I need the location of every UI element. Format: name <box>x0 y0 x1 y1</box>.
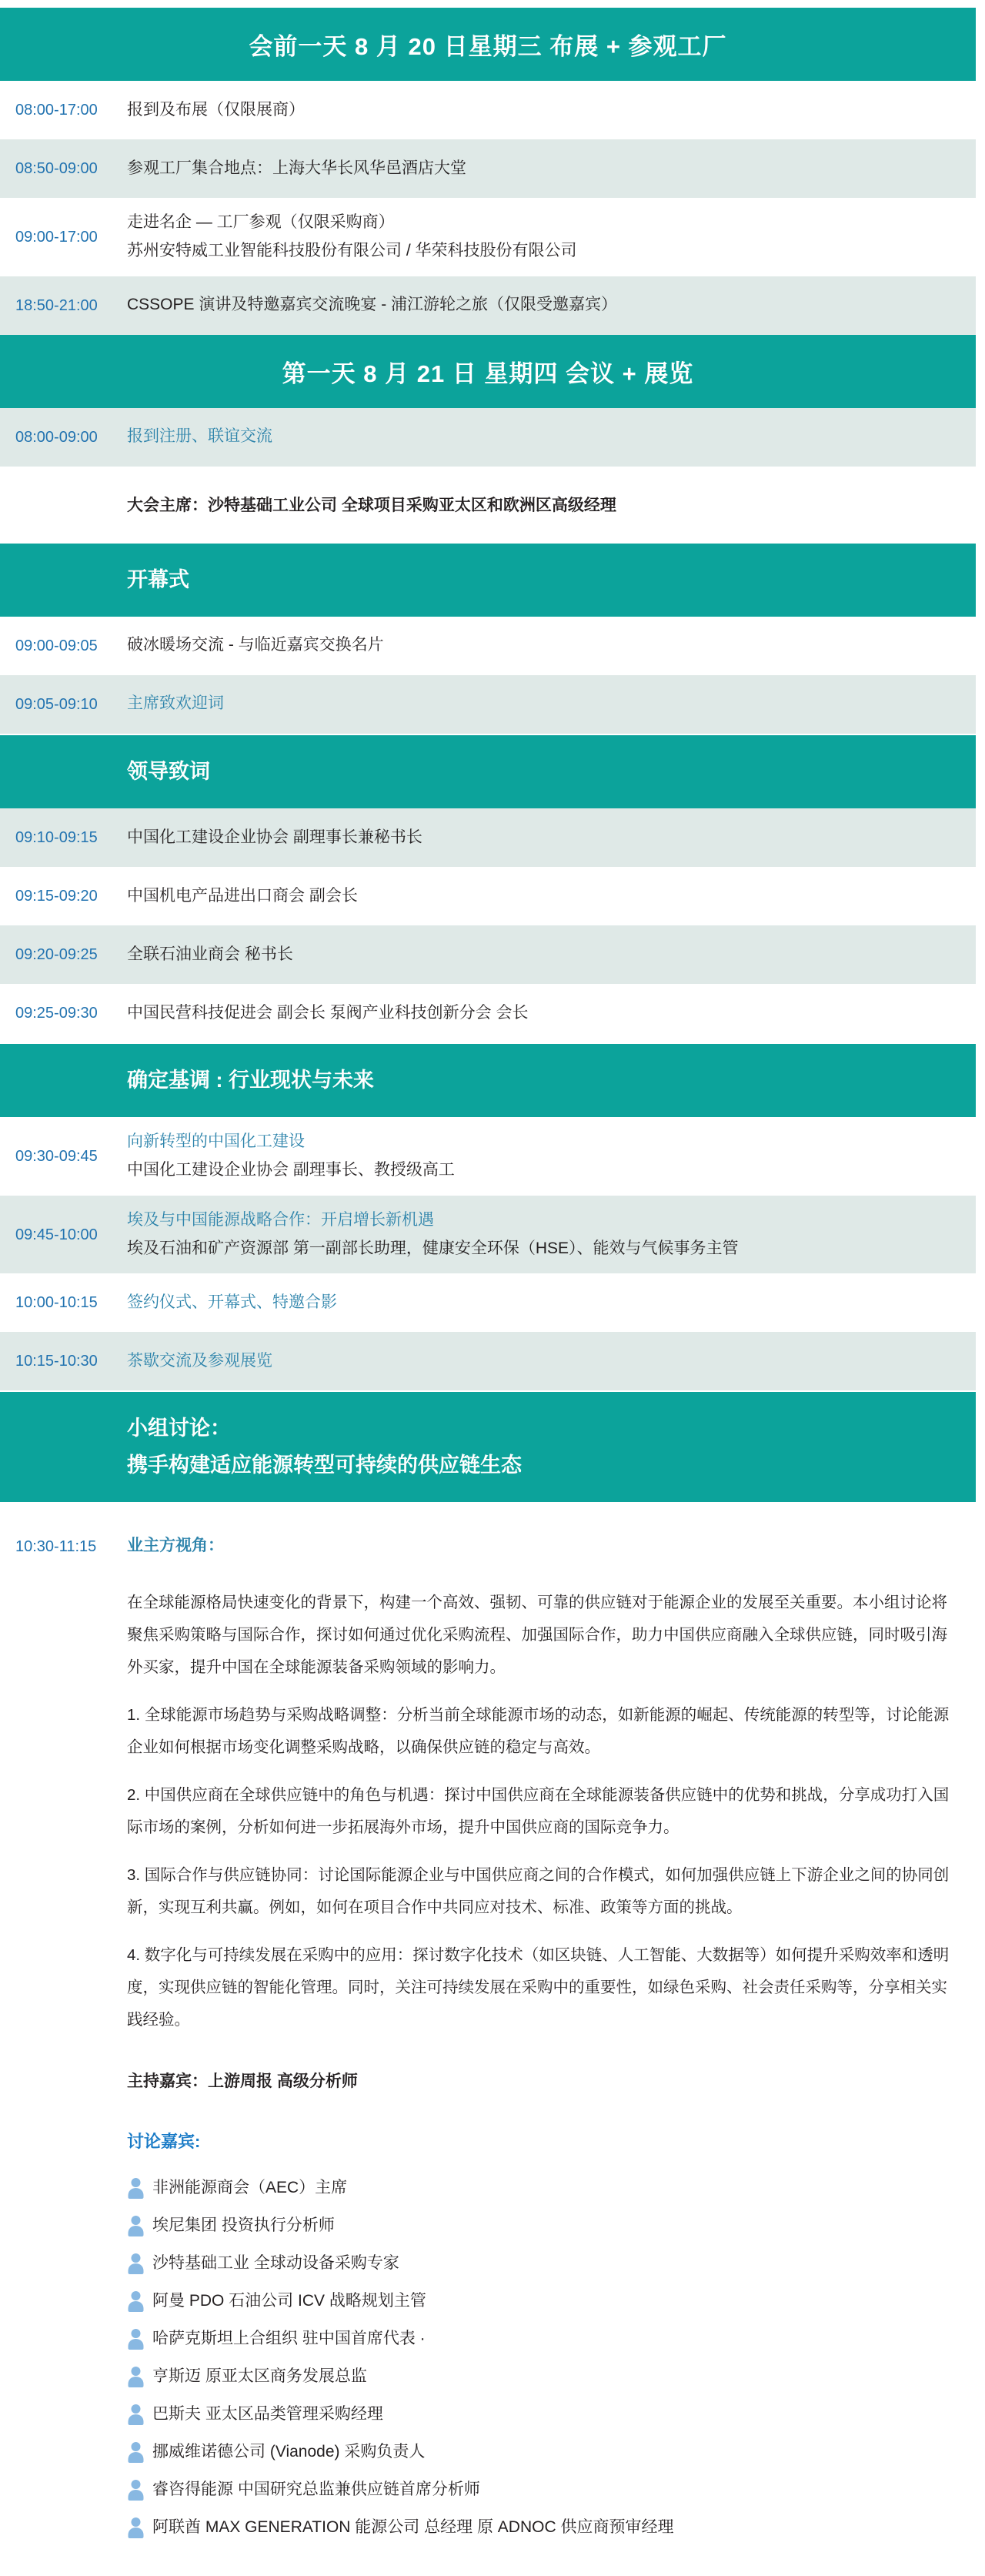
schedule-row: 09:00-09:05 破冰暖场交流 - 与临近嘉宾交换名片 <box>0 617 976 675</box>
day-header-banner: 会前一天 8 月 20 日星期三 布展 + 参观工厂 <box>0 8 976 81</box>
person-icon <box>127 2517 144 2538</box>
row-content: 中国机电产品进出口商会 副会长 <box>127 882 954 911</box>
activity-text: 中国化工建设企业协会 副理事长兼秘书长 <box>127 824 954 852</box>
panel-guest-text: 挪威维诺德公司 (Vianode) 采购负责人 <box>152 2441 425 2462</box>
time-label: 18:50-21:00 <box>15 295 127 316</box>
agenda-page: 会前一天 8 月 20 日星期三 布展 + 参观工厂 08:00-17:00 报… <box>0 0 985 2576</box>
panel-guest-item: 睿咨得能源 中国研究总监兼供应链首席分析师 <box>127 2479 953 2501</box>
activity-text: 埃及石油和矿产资源部 第一副部长助理，健康安全环保（HSE）、能效与气候事务主管 <box>127 1235 954 1263</box>
schedule-row: 10:00-10:15 签约仪式、开幕式、特邀合影 <box>0 1273 976 1332</box>
panel-content: 业主方视角： 在全球能源格局快速变化的背景下，构建一个高效、强韧、可靠的供应链对… <box>127 1533 953 2554</box>
time-label: 09:05-09:10 <box>15 694 127 715</box>
agenda-schedule: 会前一天 8 月 20 日星期三 布展 + 参观工厂 08:00-17:00 报… <box>0 8 976 2576</box>
person-icon <box>127 2404 144 2425</box>
panel-guest-list: 非洲能源商会（AEC）主席 埃尼集团 投资执行分析师 沙特基础工业 全球动设备采… <box>127 2177 953 2538</box>
panel-topic-paragraph: 4. 数字化与可持续发展在采购中的应用：探讨数字化技术（如区块链、人工智能、大数… <box>127 1939 953 2036</box>
panel-discussion-row: 10:30-11:15 业主方视角： 在全球能源格局快速变化的背景下，构建一个高… <box>0 1502 976 2576</box>
schedule-row: 18:50-21:00 CSSOPE 演讲及特邀嘉宾交流晚宴 - 浦江游轮之旅（… <box>0 276 976 335</box>
person-icon <box>127 2328 144 2350</box>
activity-text: 主席致欢迎词 <box>127 690 954 718</box>
panel-guest-text: 巴斯夫 亚太区品类管理采购经理 <box>152 2404 383 2424</box>
person-icon <box>127 2290 144 2312</box>
schedule-row: 09:25-09:30 中国民营科技促进会 副会长 泵阀产业科技创新分会 会长 <box>0 984 976 1042</box>
day-header-title: 会前一天 8 月 20 日星期三 布展 + 参观工厂 <box>249 33 726 60</box>
panel-guest-item: 哈萨克斯坦上合组织 驻中国首席代表 · <box>127 2328 953 2350</box>
person-icon <box>127 2366 144 2387</box>
section-header-title: 开幕式 <box>127 562 953 598</box>
conference-chair-row: 大会主席：沙特基础工业公司 全球项目采购亚太区和欧洲区高级经理 <box>0 467 976 542</box>
panel-guest-text: 沙特基础工业 全球动设备采购专家 <box>152 2253 399 2273</box>
activity-text: 报到及布展（仅限展商） <box>127 96 954 125</box>
panel-guest-text: 埃尼集团 投资执行分析师 <box>152 2215 335 2236</box>
row-content: 参观工厂集合地点：上海大华长风华邑酒店大堂 <box>127 155 954 183</box>
activity-text: 全联石油业商会 秘书长 <box>127 941 954 969</box>
time-label: 09:00-09:05 <box>15 635 127 657</box>
panel-guest-text: 亨斯迈 原亚太区商务发展总监 <box>152 2366 367 2387</box>
person-icon <box>127 2177 144 2199</box>
activity-text: 向新转型的中国化工建设 <box>127 1128 954 1156</box>
panel-guest-item: 非洲能源商会（AEC）主席 <box>127 2177 953 2199</box>
time-label: 10:00-10:15 <box>15 1292 127 1313</box>
activity-text: 参观工厂集合地点：上海大华长风华邑酒店大堂 <box>127 155 954 183</box>
panel-guest-item: 巴斯夫 亚太区品类管理采购经理 <box>127 2404 953 2425</box>
panel-topic-paragraph: 3. 国际合作与供应链协同：讨论国际能源企业与中国供应商之间的合作模式，如何加强… <box>127 1859 953 1924</box>
section-header-title: 确定基调 : 行业现状与未来 <box>127 1062 953 1099</box>
row-content: 签约仪式、开幕式、特邀合影 <box>127 1289 954 1317</box>
section-header-banner: 小组讨论：携手构建适应能源转型可持续的供应链生态 <box>0 1392 976 1502</box>
person-icon <box>127 2215 144 2236</box>
section-header-banner: 开幕式 <box>0 544 976 617</box>
row-content: CSSOPE 演讲及特邀嘉宾交流晚宴 - 浦江游轮之旅（仅限受邀嘉宾） <box>127 291 954 319</box>
time-label: 09:45-10:00 <box>15 1224 127 1246</box>
panel-guest-text: 睿咨得能源 中国研究总监兼供应链首席分析师 <box>152 2479 480 2500</box>
time-label: 09:30-09:45 <box>15 1146 127 1167</box>
row-content: 中国化工建设企业协会 副理事长兼秘书长 <box>127 824 954 852</box>
panel-intro-paragraph: 在全球能源格局快速变化的背景下，构建一个高效、强韧、可靠的供应链对于能源企业的发… <box>127 1587 953 1684</box>
time-label: 08:00-17:00 <box>15 99 127 121</box>
activity-text: 中国民营科技促进会 副会长 泵阀产业科技创新分会 会长 <box>127 999 954 1028</box>
panel-topic-list: 1. 全球能源市场趋势与采购战略调整：分析当前全球能源市场的动态，如新能源的崛起… <box>127 1699 953 2036</box>
activity-text: 签约仪式、开幕式、特邀合影 <box>127 1289 954 1317</box>
section-header-title: 小组讨论： <box>127 1410 953 1447</box>
schedule-row: 09:15-09:20 中国机电产品进出口商会 副会长 <box>0 867 976 925</box>
time-label: 09:25-09:30 <box>15 1002 127 1024</box>
schedule-row: 09:10-09:15 中国化工建设企业协会 副理事长兼秘书长 <box>0 808 976 867</box>
time-label: 09:15-09:20 <box>15 885 127 907</box>
row-content: 报到及布展（仅限展商） <box>127 96 954 125</box>
schedule-row: 09:45-10:00 埃及与中国能源战略合作：开启增长新机遇埃及石油和矿产资源… <box>0 1196 976 1274</box>
activity-text: 中国机电产品进出口商会 副会长 <box>127 882 954 911</box>
time-label: 09:10-09:15 <box>15 827 127 848</box>
row-content: 向新转型的中国化工建设中国化工建设企业协会 副理事长、教授级高工 <box>127 1128 954 1185</box>
panel-guest-item: 阿联酋 MAX GENERATION 能源公司 总经理 原 ADNOC 供应商预… <box>127 2517 953 2538</box>
schedule-row: 08:50-09:00 参观工厂集合地点：上海大华长风华邑酒店大堂 <box>0 139 976 198</box>
panel-guest-text: 非洲能源商会（AEC）主席 <box>152 2177 347 2198</box>
section-header-title: 携手构建适应能源转型可持续的供应链生态 <box>127 1447 953 1484</box>
panel-guests-label: 讨论嘉宾: <box>127 2129 953 2153</box>
activity-text: 苏州安特威工业智能科技股份有限公司 / 华荣科技股份有限公司 <box>127 237 954 266</box>
activity-text: 中国化工建设企业协会 副理事长、教授级高工 <box>127 1156 954 1185</box>
row-content: 报到注册、联谊交流 <box>127 423 954 451</box>
row-content: 埃及与中国能源战略合作：开启增长新机遇埃及石油和矿产资源部 第一副部长助理，健康… <box>127 1206 954 1263</box>
row-content: 走进名企 — 工厂参观（仅限采购商）苏州安特威工业智能科技股份有限公司 / 华荣… <box>127 209 954 266</box>
person-icon <box>127 2479 144 2501</box>
activity-text: 走进名企 — 工厂参观（仅限采购商） <box>127 209 954 237</box>
panel-guest-text: 阿联酋 MAX GENERATION 能源公司 总经理 原 ADNOC 供应商预… <box>152 2517 673 2538</box>
panel-guest-item: 埃尼集团 投资执行分析师 <box>127 2215 953 2236</box>
schedule-row: 08:00-17:00 报到及布展（仅限展商） <box>0 81 976 139</box>
panel-guest-item: 挪威维诺德公司 (Vianode) 采购负责人 <box>127 2441 953 2463</box>
panel-topic-paragraph: 2. 中国供应商在全球供应链中的角色与机遇：探讨中国供应商在全球能源装备供应链中… <box>127 1779 953 1844</box>
schedule-row: 09:00-17:00 走进名企 — 工厂参观（仅限采购商）苏州安特威工业智能科… <box>0 198 976 276</box>
row-content: 中国民营科技促进会 副会长 泵阀产业科技创新分会 会长 <box>127 999 954 1028</box>
schedule-row: 08:00-09:00 报到注册、联谊交流 <box>0 408 976 467</box>
section-header-title: 领导致词 <box>127 754 953 790</box>
row-content: 茶歇交流及参观展览 <box>127 1347 954 1376</box>
time-label: 08:50-09:00 <box>15 158 127 179</box>
panel-guest-text: 阿曼 PDO 石油公司 ICV 战略规划主管 <box>152 2290 426 2311</box>
row-content: 全联石油业商会 秘书长 <box>127 941 954 969</box>
activity-text: CSSOPE 演讲及特邀嘉宾交流晚宴 - 浦江游轮之旅（仅限受邀嘉宾） <box>127 291 954 319</box>
panel-perspective-heading: 业主方视角： <box>127 1533 953 1556</box>
section-header-banner: 领导致词 <box>0 735 976 808</box>
day-header-title: 第一天 8 月 21 日 星期四 会议 + 展览 <box>282 360 694 387</box>
time-label: 10:30-11:15 <box>15 1533 127 1557</box>
activity-text: 埃及与中国能源战略合作：开启增长新机遇 <box>127 1206 954 1235</box>
activity-text: 破冰暖场交流 - 与临近嘉宾交换名片 <box>127 631 954 660</box>
panel-guest-item: 亨斯迈 原亚太区商务发展总监 <box>127 2366 953 2387</box>
time-label: 09:20-09:25 <box>15 944 127 965</box>
schedule-row: 10:15-10:30 茶歇交流及参观展览 <box>0 1332 976 1390</box>
section-header-banner: 确定基调 : 行业现状与未来 <box>0 1044 976 1117</box>
schedule-row: 09:05-09:10 主席致欢迎词 <box>0 675 976 734</box>
schedule-row: 09:20-09:25 全联石油业商会 秘书长 <box>0 925 976 984</box>
day-header-banner: 第一天 8 月 21 日 星期四 会议 + 展览 <box>0 335 976 408</box>
panel-guest-item: 沙特基础工业 全球动设备采购专家 <box>127 2253 953 2274</box>
row-content: 主席致欢迎词 <box>127 690 954 718</box>
time-label: 10:15-10:30 <box>15 1350 127 1372</box>
row-content: 破冰暖场交流 - 与临近嘉宾交换名片 <box>127 631 954 660</box>
time-label: 08:00-09:00 <box>15 427 127 448</box>
activity-text: 茶歇交流及参观展览 <box>127 1347 954 1376</box>
schedule-row: 09:30-09:45 向新转型的中国化工建设中国化工建设企业协会 副理事长、教… <box>0 1117 976 1196</box>
panel-guest-item: 阿曼 PDO 石油公司 ICV 战略规划主管 <box>127 2290 953 2312</box>
panel-topic-paragraph: 1. 全球能源市场趋势与采购战略调整：分析当前全球能源市场的动态，如新能源的崛起… <box>127 1699 953 1764</box>
activity-text: 报到注册、联谊交流 <box>127 423 954 451</box>
person-icon <box>127 2253 144 2274</box>
person-icon <box>127 2441 144 2463</box>
panel-host-line: 主持嘉宾：上游周报 高级分析师 <box>127 2069 953 2092</box>
time-label: 09:00-17:00 <box>15 226 127 248</box>
panel-guest-text: 哈萨克斯坦上合组织 驻中国首席代表 · <box>152 2328 426 2349</box>
